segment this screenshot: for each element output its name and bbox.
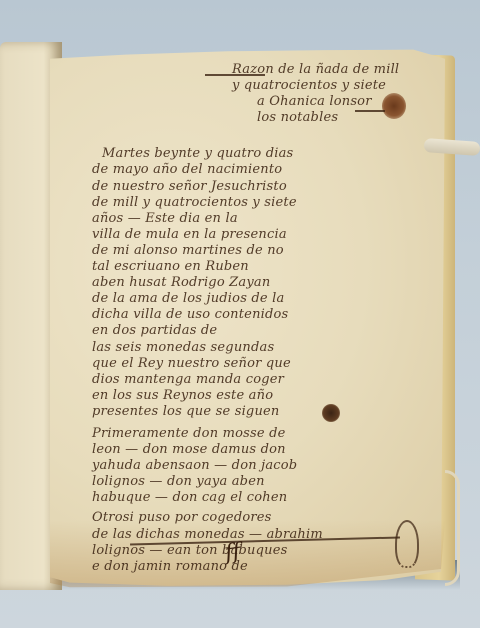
text-line: villa de mula en la presencia bbox=[92, 227, 422, 243]
text-line: de mill y quatrocientos y siete bbox=[92, 195, 422, 211]
text-line: de mayo año del nacimiento bbox=[92, 162, 422, 178]
text-line: lolignos — don yaya aben bbox=[92, 474, 422, 490]
ink-rule bbox=[355, 110, 385, 112]
text-line: lolignos — ean ton babuques bbox=[92, 543, 422, 559]
header-line: y quatrocientos y siete bbox=[92, 78, 422, 94]
text-line: de mi alonso martines de no bbox=[92, 243, 422, 259]
text-line: en dos partidas de bbox=[92, 323, 422, 339]
signature: ff bbox=[223, 539, 242, 566]
text-line: Martes beynte y quatro dias bbox=[92, 146, 422, 162]
text-line: aben husat Rodrigo Zayan bbox=[92, 275, 422, 291]
text-line: e don jamin romano de bbox=[92, 559, 422, 575]
text-line: yahuda abensaon — don jacob bbox=[92, 458, 422, 474]
cloth-tie-loop bbox=[445, 470, 460, 586]
text-line: dicha villa de uso contenidos bbox=[92, 307, 422, 323]
text-line: que el Rey nuestro señor que bbox=[92, 356, 422, 372]
text-line: tal escriuano en Ruben bbox=[92, 259, 422, 275]
ink-rule bbox=[205, 74, 265, 76]
text-line: leon — don mose damus don bbox=[92, 442, 422, 458]
text-line: habuque — don cag el cohen bbox=[92, 490, 422, 506]
text-line: dios mantenga manda coger bbox=[92, 372, 422, 388]
text-line: Primeramente don mosse de bbox=[92, 426, 422, 442]
header-line: los notables bbox=[92, 110, 422, 126]
text-line: las seis monedas segundas bbox=[92, 340, 422, 356]
text-line: Otrosi puso por cogedores bbox=[92, 510, 422, 526]
header-line: a Ohanica lonsor bbox=[92, 94, 422, 110]
text-line: de nuestro señor Jesuchristo bbox=[92, 179, 422, 195]
text-line: de la ama de los judios de la bbox=[92, 291, 422, 307]
header-line: Razon de la ñada de mill bbox=[92, 62, 422, 78]
text-line: en los sus Reynos este año bbox=[92, 388, 422, 404]
text-line: años — Este dia en la bbox=[92, 211, 422, 227]
rubric-flourish bbox=[395, 520, 419, 568]
manuscript-text: Razon de la ñada de mill y quatrocientos… bbox=[92, 62, 422, 575]
text-line: presentes los que se siguen bbox=[92, 404, 422, 420]
